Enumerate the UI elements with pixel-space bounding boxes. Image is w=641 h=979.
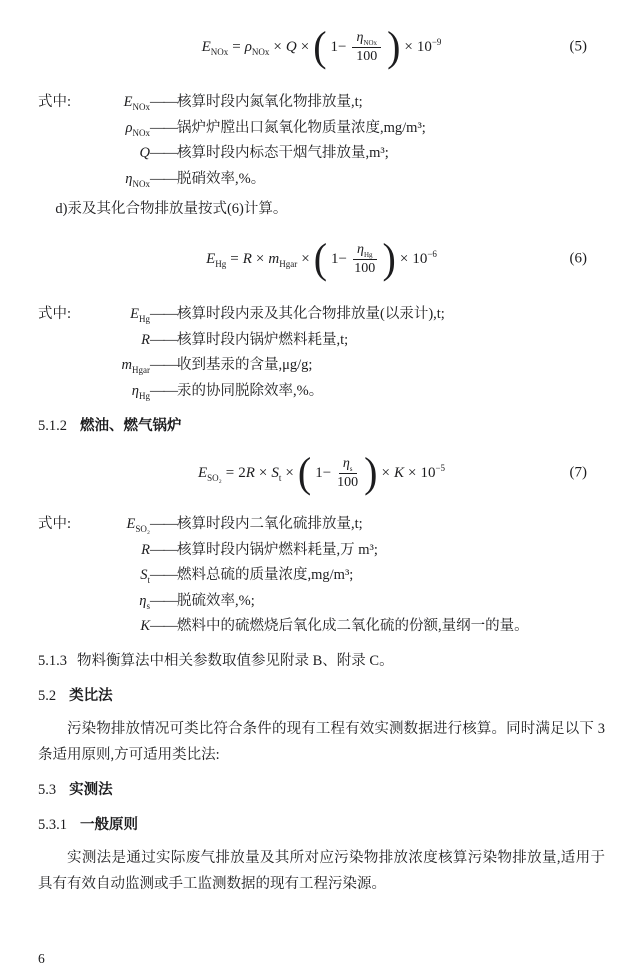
left-paren: (: [314, 240, 327, 278]
def-description: 核算时段内二氧化硫排放量,t;: [177, 512, 605, 538]
def-description: 核算时段内锅炉燃料耗量,t;: [177, 328, 605, 354]
section-heading-52: 5.2类比法: [38, 683, 605, 709]
definition-row: mHgar —— 收到基汞的含量,μg/g;: [38, 353, 605, 379]
definition-row: ηNOx —— 脱硝效率,%。: [38, 167, 605, 193]
f6-lhs: EHg: [206, 251, 226, 268]
definition-row: 式中: EHg —— 核算时段内汞及其化合物排放量(以汞计),t;: [38, 302, 605, 328]
formula-5: ENOx = ρNOx × Q × ( 1− ηNOx 100 ) × 10−9…: [38, 20, 605, 74]
formula7-definitions: 式中: ESO₂ —— 核算时段内二氧化硫排放量,t; R —— 核算时段内锅炉…: [38, 512, 605, 640]
f7-s: St: [271, 465, 281, 482]
def-description: 燃料总硫的质量浓度,mg/m³;: [177, 563, 605, 589]
section-number: 5.3.1: [38, 817, 67, 833]
section-number: 5.2: [38, 688, 56, 704]
def-dash: ——: [150, 353, 177, 379]
def-dash: ——: [150, 167, 177, 193]
equation-number-7: (7): [570, 465, 588, 482]
def-term: ESO₂: [84, 512, 150, 538]
one-minus: 1−: [331, 251, 347, 268]
right-paren: ): [387, 28, 400, 66]
times-sign: ×: [273, 39, 281, 56]
def-term: ηNOx: [84, 167, 150, 193]
def-label: 式中:: [38, 90, 84, 116]
definition-row: 式中: ENOx —— 核算时段内氮氧化物排放量,t;: [38, 90, 605, 116]
def-description: 核算时段内标态干烟气排放量,m³;: [177, 141, 605, 167]
def-description: 汞的协同脱除效率,%。: [177, 379, 605, 405]
section-number: 5.3: [38, 782, 56, 798]
f6-power: 10−6: [412, 251, 437, 268]
page-number: 6: [38, 951, 45, 967]
formula6-definitions: 式中: EHg —— 核算时段内汞及其化合物排放量(以汞计),t; R —— 核…: [38, 302, 605, 404]
f7-fraction: ηs 100: [337, 456, 358, 491]
def-dash: ——: [150, 589, 177, 615]
formula-7: ESO₂ = 2R × St × ( 1− ηs 100 ) × K × 10−…: [38, 446, 605, 500]
f6-fraction: ηHg 100: [353, 242, 377, 277]
def-term: ρNOx: [84, 116, 150, 142]
def-dash: ——: [150, 90, 177, 116]
section-heading-53: 5.3实测法: [38, 777, 605, 803]
def-term: ηs: [84, 589, 150, 615]
f6-r: R: [243, 251, 252, 268]
f5-q: Q: [286, 39, 297, 56]
def-term: EHg: [84, 302, 150, 328]
times-sign: ×: [382, 465, 390, 482]
section-title: 一般原则: [80, 817, 138, 833]
clause-text: 物料衡算法中相关参数取值参见附录 B、附录 C。: [77, 653, 394, 669]
definition-row: ηs —— 脱硫效率,%;: [38, 589, 605, 615]
section-title: 燃油、燃气锅炉: [80, 418, 182, 434]
def-dash: ——: [150, 512, 177, 538]
def-description: 燃料中的硫燃烧后氧化成二氧化硫的份额,量纲一的量。: [177, 614, 605, 640]
section-title: 实测法: [69, 782, 113, 798]
f6-m: mHgar: [268, 251, 297, 268]
equals-sign: =: [226, 465, 234, 482]
definition-row: R —— 核算时段内锅炉燃料耗量,万 m³;: [38, 538, 605, 564]
f5-lhs: ENOx: [202, 39, 229, 56]
def-description: 锅炉炉膛出口氮氧化物质量浓度,mg/m³;: [177, 116, 605, 142]
def-description: 核算时段内汞及其化合物排放量(以汞计),t;: [177, 302, 605, 328]
def-description: 脱硫效率,%;: [177, 589, 605, 615]
times-sign: ×: [404, 39, 412, 56]
times-sign: ×: [285, 465, 293, 482]
def-dash: ——: [150, 302, 177, 328]
one-minus: 1−: [315, 465, 331, 482]
def-term: R: [84, 538, 150, 564]
formula5-definitions: 式中: ENOx —— 核算时段内氮氧化物排放量,t; ρNOx —— 锅炉炉膛…: [38, 90, 605, 192]
def-dash: ——: [150, 614, 177, 640]
section-number: 5.1.3: [38, 653, 67, 669]
def-term: St: [84, 563, 150, 589]
left-paren: (: [298, 454, 311, 492]
def-term: Q: [84, 141, 150, 167]
def-description: 核算时段内锅炉燃料耗量,万 m³;: [177, 538, 605, 564]
def-term: mHgar: [84, 353, 150, 379]
section-52-paragraph: 污染物排放情况可类比符合条件的现有工程有效实测数据进行核算。同时满足以下 3 条…: [38, 716, 605, 768]
def-description: 脱硝效率,%。: [177, 167, 605, 193]
definition-row: St —— 燃料总硫的质量浓度,mg/m³;: [38, 563, 605, 589]
right-paren: ): [383, 240, 396, 278]
f5-fraction: ηNOx 100: [352, 30, 381, 65]
def-label: 式中:: [38, 512, 84, 538]
section-531-paragraph: 实测法是通过实际废气排放量及其所对应污染物排放浓度核算污染物排放量,适用于具有有…: [38, 845, 605, 897]
section-heading-531: 5.3.1一般原则: [38, 812, 605, 838]
document-page: ENOx = ρNOx × Q × ( 1− ηNOx 100 ) × 10−9…: [0, 0, 641, 979]
definition-row: 式中: ESO₂ —— 核算时段内二氧化硫排放量,t;: [38, 512, 605, 538]
f7-power: 10−5: [420, 465, 445, 482]
def-description: 核算时段内氮氧化物排放量,t;: [177, 90, 605, 116]
times-sign: ×: [301, 39, 309, 56]
one-minus: 1−: [331, 39, 347, 56]
f5-power: 10−9: [417, 39, 442, 56]
def-dash: ——: [150, 538, 177, 564]
times-sign: ×: [408, 465, 416, 482]
def-dash: ——: [150, 328, 177, 354]
definition-row: ηHg —— 汞的协同脱除效率,%。: [38, 379, 605, 405]
def-dash: ——: [150, 379, 177, 405]
def-term: K: [84, 614, 150, 640]
definition-row: ρNOx —— 锅炉炉膛出口氮氧化物质量浓度,mg/m³;: [38, 116, 605, 142]
f7-lhs: ESO₂: [198, 465, 222, 482]
equation-number-6: (6): [570, 251, 588, 268]
clause-513: 5.1.3物料衡算法中相关参数取值参见附录 B、附录 C。: [38, 648, 605, 674]
f7-k: K: [394, 465, 404, 482]
left-paren: (: [313, 28, 326, 66]
def-label: 式中:: [38, 302, 84, 328]
definition-row: R —— 核算时段内锅炉燃料耗量,t;: [38, 328, 605, 354]
item-d-line: d)汞及其化合物排放量按式(6)计算。: [38, 196, 605, 222]
formula-6: EHg = R × mHgar × ( 1− ηHg 100 ) × 10−6 …: [38, 232, 605, 286]
section-heading-512: 5.1.2燃油、燃气锅炉: [38, 413, 605, 439]
section-number: 5.1.2: [38, 418, 67, 434]
f7-2r: 2R: [238, 465, 255, 482]
equals-sign: =: [232, 39, 240, 56]
times-sign: ×: [256, 251, 264, 268]
definition-row: Q —— 核算时段内标态干烟气排放量,m³;: [38, 141, 605, 167]
times-sign: ×: [259, 465, 267, 482]
def-term: ηHg: [84, 379, 150, 405]
def-dash: ——: [150, 141, 177, 167]
section-title: 类比法: [69, 688, 113, 704]
times-sign: ×: [301, 251, 309, 268]
def-dash: ——: [150, 116, 177, 142]
definition-row: K —— 燃料中的硫燃烧后氧化成二氧化硫的份额,量纲一的量。: [38, 614, 605, 640]
def-term: ENOx: [84, 90, 150, 116]
equation-number-5: (5): [570, 39, 588, 56]
def-dash: ——: [150, 563, 177, 589]
f5-rho: ρNOx: [245, 39, 270, 56]
def-description: 收到基汞的含量,μg/g;: [177, 353, 605, 379]
right-paren: ): [364, 454, 377, 492]
def-term: R: [84, 328, 150, 354]
equals-sign: =: [230, 251, 238, 268]
times-sign: ×: [400, 251, 408, 268]
